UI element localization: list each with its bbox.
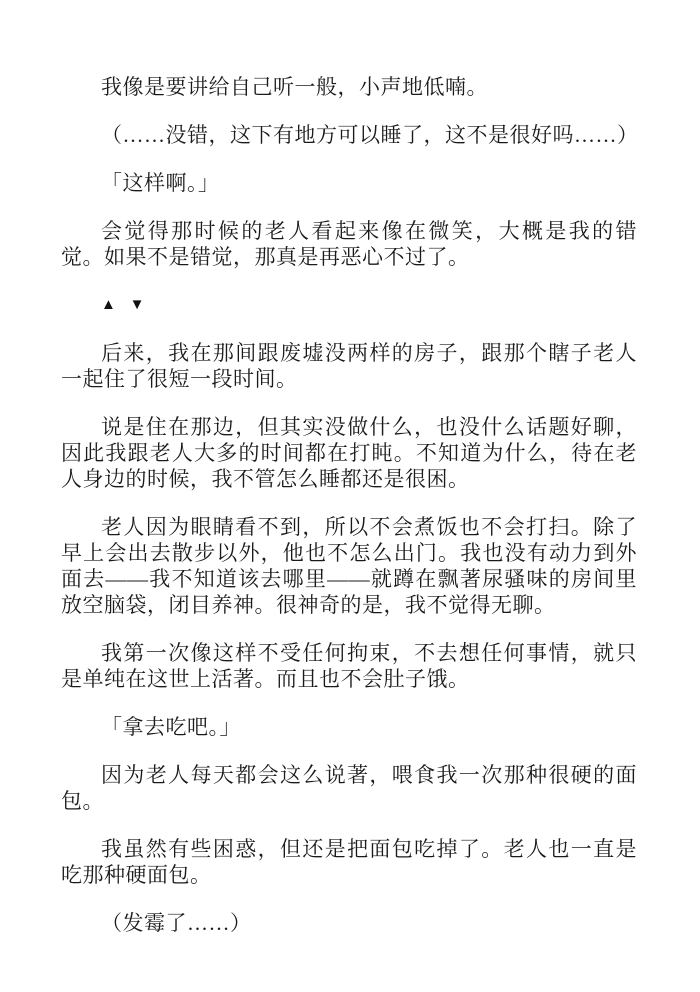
paragraph: 我第一次像这样不受任何拘束，不去想任何事情，就只是单纯在这世上活著。而且也不会肚…: [61, 640, 637, 692]
paragraph: 会觉得那时候的老人看起来像在微笑，大概是我的错觉。如果不是错觉，那真是再恶心不过…: [61, 218, 637, 270]
paragraph: 我像是要讲给自己听一般，小声地低喃。: [61, 74, 637, 100]
scene-break-marker: ▲ ▼: [61, 292, 637, 318]
paragraph: 因为老人每天都会这么说著，喂食我一次那种很硬的面包。: [61, 762, 637, 814]
paragraph: （……没错，这下有地方可以睡了，这不是很好吗……）: [61, 122, 637, 148]
paragraph: 「拿去吃吧。」: [61, 714, 637, 740]
page: 我像是要讲给自己听一般，小声地低喃。 （……没错，这下有地方可以睡了，这不是很好…: [0, 0, 700, 992]
paragraph: （发霉了……）: [61, 910, 637, 936]
paragraph: 说是住在那边，但其实没做什么，也没什么话题好聊，因此我跟老人大多的时间都在打盹。…: [61, 414, 637, 492]
paragraph: 老人因为眼睛看不到，所以不会煮饭也不会打扫。除了早上会出去散步以外，他也不怎么出…: [61, 514, 637, 618]
paragraph: 后来，我在那间跟废墟没两样的房子，跟那个瞎子老人一起住了很短一段时间。: [61, 340, 637, 392]
text-content: 我像是要讲给自己听一般，小声地低喃。 （……没错，这下有地方可以睡了，这不是很好…: [61, 74, 637, 958]
paragraph: 我虽然有些困惑，但还是把面包吃掉了。老人也一直是吃那种硬面包。: [61, 836, 637, 888]
paragraph: 「这样啊。」: [61, 170, 637, 196]
